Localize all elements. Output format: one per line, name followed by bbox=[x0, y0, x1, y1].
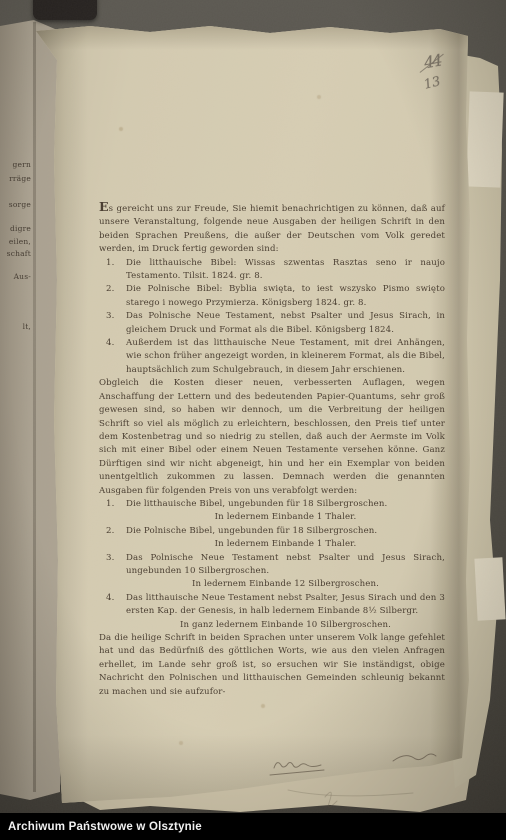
foxing-spots bbox=[0, 0, 2, 2]
archive-name-label: Archiwum Państwowe w Olsztynie bbox=[8, 821, 202, 833]
item-number: 3. bbox=[106, 310, 114, 323]
item-text: Die Polnische Bibel: Byblia swięta, to i… bbox=[126, 284, 445, 307]
cutoff-text-fragment: lt, bbox=[0, 322, 31, 331]
price-item: 2. Die Polnische Bibel, ungebunden für 1… bbox=[99, 525, 445, 552]
edition-item: 4. Außerdem ist das litthauische Neue Te… bbox=[99, 337, 445, 377]
page-top-shading bbox=[36, 24, 468, 50]
item-text: Das Polnische Neue Testament, nebst Psal… bbox=[126, 311, 445, 334]
item-number: 2. bbox=[106, 283, 114, 296]
cutoff-text-fragment: eilen, bbox=[0, 237, 31, 246]
edition-item: 2. Die Polnische Bibel: Byblia swięta, t… bbox=[99, 283, 445, 310]
item-number: 1. bbox=[106, 257, 114, 270]
archive-caption-bar: Archiwum Państwowe w Olsztynie bbox=[0, 813, 506, 840]
item-text: Die Polnische Bibel, ungebunden für 18 S… bbox=[126, 526, 377, 536]
item-text: Das litthauische Neue Testament nebst Ps… bbox=[126, 593, 445, 616]
item-number: 4. bbox=[106, 592, 114, 605]
item-number: 2. bbox=[106, 525, 114, 538]
item-text: Die litthauische Bibel, ungebunden für 1… bbox=[126, 499, 387, 509]
letter-text-block: Es gereicht uns zur Freude, Sie hiemit b… bbox=[99, 200, 445, 699]
price-binding-line: In ledernem Einbande 1 Thaler. bbox=[126, 511, 445, 524]
item-text: Die litthauische Bibel: Wissas szwentas … bbox=[126, 258, 445, 281]
cutoff-text-fragment: digre bbox=[0, 224, 31, 233]
item-text: Außerdem ist das litthauische Neue Testa… bbox=[126, 338, 445, 375]
under-sheet-tab bbox=[474, 557, 505, 620]
intro-paragraph: Es gereicht uns zur Freude, Sie hiemit b… bbox=[99, 200, 445, 257]
document-page: 44 13 Es gereicht uns zur Freude, Sie hi… bbox=[0, 0, 506, 840]
closing-paragraph: Da die heilige Schrift in beiden Sprache… bbox=[99, 632, 445, 699]
book-clamp bbox=[33, 0, 97, 20]
item-number: 4. bbox=[106, 337, 114, 350]
binding-seam bbox=[33, 22, 36, 792]
cutoff-text-fragment: Aus- bbox=[0, 272, 31, 281]
middle-paragraph: Obgleich die Kosten dieser neuen, verbes… bbox=[99, 377, 445, 498]
edition-item: 3. Das Polnische Neue Testament, nebst P… bbox=[99, 310, 445, 337]
item-text: Das Polnische Neue Testament nebst Psalt… bbox=[126, 553, 445, 576]
item-number: 1. bbox=[106, 498, 114, 511]
price-item: 3. Das Polnische Neue Testament nebst Ps… bbox=[99, 552, 445, 592]
price-item: 4. Das litthauische Neue Testament nebst… bbox=[99, 592, 445, 632]
cutoff-text-fragment: gern bbox=[0, 160, 31, 169]
archive-scan-viewport: gern rräge sorge digre eilen, schaft Aus… bbox=[0, 0, 506, 840]
cutoff-text-fragment: rräge bbox=[0, 174, 31, 183]
price-binding-line: In ledernem Einbande 12 Silbergroschen. bbox=[126, 578, 445, 591]
item-number: 3. bbox=[106, 552, 114, 565]
under-sheet-tab bbox=[466, 91, 503, 187]
cutoff-text-fragment: schaft bbox=[0, 249, 31, 258]
price-binding-line: In ledernem Einbande 1 Thaler. bbox=[126, 538, 445, 551]
price-binding-line: In ganz ledernem Einbande 10 Silbergrosc… bbox=[126, 619, 445, 632]
price-item: 1. Die litthauische Bibel, ungebunden fü… bbox=[99, 498, 445, 525]
edition-item: 1. Die litthauische Bibel: Wissas szwent… bbox=[99, 257, 445, 284]
cutoff-text-fragment: sorge bbox=[0, 200, 31, 209]
